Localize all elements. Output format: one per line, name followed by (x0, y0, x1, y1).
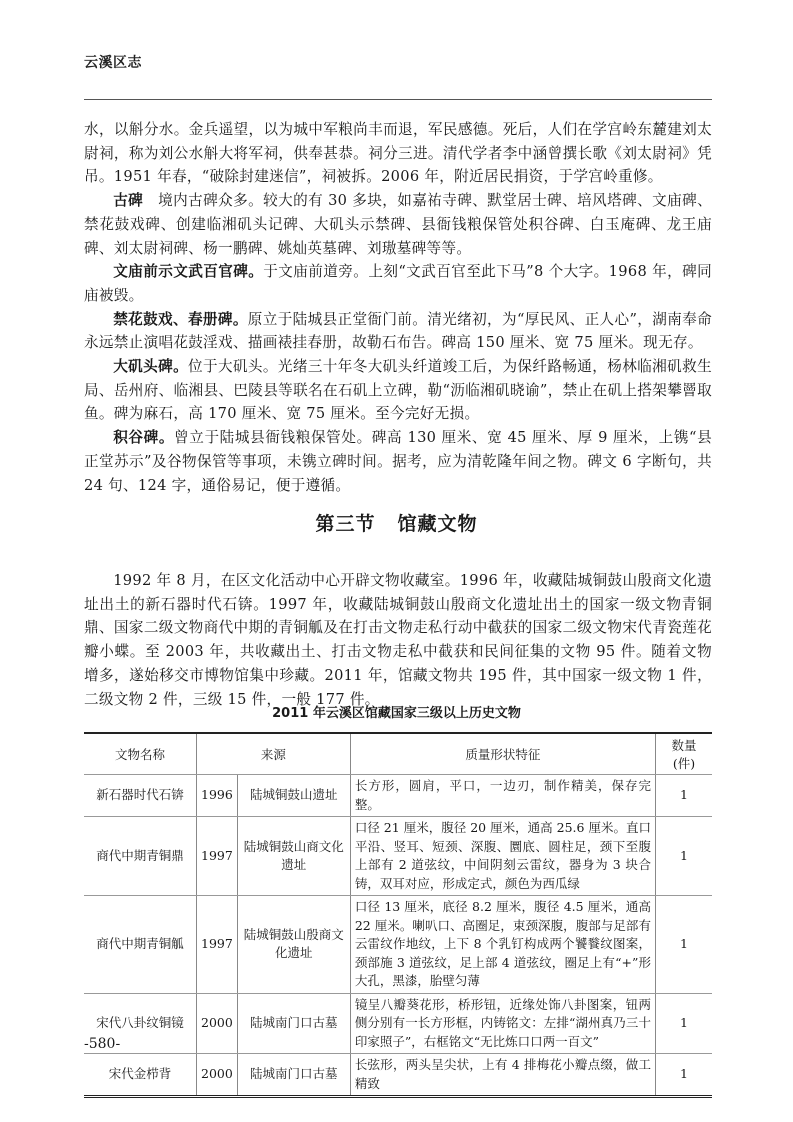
cell-year: 2000 (197, 993, 238, 1054)
cell-site: 陆城南门口古墓 (237, 1054, 350, 1097)
paragraph-text: 曾立于陆城县衙钱粮保管处。碑高 130 厘米、宽 45 厘米、厚 9 厘米，上镌… (84, 429, 712, 493)
cell-features: 长弦形，两头呈尖状，上有 4 排梅花小瓣点缀，做工精致 (350, 1054, 655, 1097)
table-row: 商代中期青铜鼎 1997 陆城铜鼓山商文化遗址 口径 21 厘米，腹径 20 厘… (84, 817, 712, 896)
cell-site: 陆城铜鼓山商文化遗址 (237, 817, 350, 896)
header-features: 质量形状特征 (350, 733, 655, 775)
table-row: 新石器时代石锛 1996 陆城铜鼓山遗址 长方形，圆肩，平口，一边刃，制作精美，… (84, 775, 712, 817)
cell-features: 长方形，圆肩，平口，一边刃，制作精美，保存完整。 (350, 775, 655, 817)
paragraph: 文庙前示文武百官碑。于文庙前道旁。上刻“文武百官至此下马”8 个大字。1968 … (84, 260, 712, 307)
table-header-row: 文物名称 来源 质量形状特征 数量 (件) (84, 733, 712, 775)
cell-name: 宋代金栉背 (84, 1054, 197, 1097)
header-source: 来源 (197, 733, 351, 775)
section-number: 第三节 (315, 513, 375, 535)
cell-quantity: 1 (656, 993, 713, 1054)
paragraph: 大矶头碑。位于大矶头。光绪三十年冬大矶头纤道竣工后，为保纤路畅通，杨林临湘矶救生… (84, 355, 712, 426)
cell-site: 陆城铜鼓山遗址 (237, 775, 350, 817)
table-row: 宋代金栉背 2000 陆城南门口古墓 长弦形，两头呈尖状，上有 4 排梅花小瓣点… (84, 1054, 712, 1097)
cell-features: 镜呈八瓣葵花形，桥形钮，近缘处饰八卦图案，钮两侧分别有一长方形框，内铸铭文：左排… (350, 993, 655, 1054)
cell-quantity: 1 (656, 775, 713, 817)
section-paragraph: 1992 年 8 月，在区文化活动中心开辟文物收藏室。1996 年，收藏陆城铜鼓… (84, 569, 712, 711)
page-number: -580- (84, 1036, 120, 1052)
table-row: 商代中期青铜觚 1997 陆城铜鼓山殷商文化遗址 口径 13 厘米，底径 8.2… (84, 896, 712, 994)
paragraph-text: 水，以斛分水。金兵遥望，以为城中军粮尚丰而退，军民感德。死后，人们在学宫岭东麓建… (84, 121, 712, 185)
cell-quantity: 1 (656, 896, 713, 994)
paragraph-lead: 禁花鼓戏、春册碑。 (113, 311, 248, 328)
paragraph: 积谷碑。曾立于陆城县衙钱粮保管处。碑高 130 厘米、宽 45 厘米、厚 9 厘… (84, 426, 712, 497)
cell-year: 1997 (197, 896, 238, 994)
section-title: 馆藏文物 (398, 513, 478, 535)
section-heading: 第三节馆藏文物 (0, 509, 793, 536)
cell-site: 陆城南门口古墓 (237, 993, 350, 1054)
paragraph: 水，以斛分水。金兵遥望，以为城中军粮尚丰而退，军民感德。死后，人们在学宫岭东麓建… (84, 118, 712, 189)
body-text-section: 1992 年 8 月，在区文化活动中心开辟文物收藏室。1996 年，收藏陆城铜鼓… (84, 569, 712, 711)
header-quantity: 数量 (件) (656, 733, 713, 775)
paragraph-text: 境内古碑众多。较大的有 30 多块，如嘉祐寺碑、默堂居士碑、培风塔碑、文庙碑、禁… (84, 192, 712, 256)
paragraph-lead: 古碑 (113, 192, 143, 209)
paragraph-lead: 积谷碑。 (113, 429, 174, 446)
cell-year: 1996 (197, 775, 238, 817)
paragraph: 古碑 境内古碑众多。较大的有 30 多块，如嘉祐寺碑、默堂居士碑、培风塔碑、文庙… (84, 189, 712, 260)
header-rule (84, 99, 712, 100)
running-title: 云溪区志 (84, 52, 142, 72)
cell-year: 1997 (197, 817, 238, 896)
cell-name: 商代中期青铜觚 (84, 896, 197, 994)
cell-name: 新石器时代石锛 (84, 775, 197, 817)
paragraph-lead: 文庙前示文武百官碑。 (113, 263, 263, 280)
cell-site: 陆城铜鼓山殷商文化遗址 (237, 896, 350, 994)
paragraph: 禁花鼓戏、春册碑。原立于陆城县正堂衙门前。清光绪初，为“厚民风、正人心”，湖南奉… (84, 308, 712, 355)
body-text-top: 水，以斛分水。金兵遥望，以为城中军粮尚丰而退，军民感德。死后，人们在学宫岭东麓建… (84, 118, 712, 497)
table-caption: 2011 年云溪区馆藏国家三级以上历史文物 (0, 702, 793, 721)
paragraph-lead: 大矶头碑。 (113, 358, 188, 375)
relics-table: 文物名称 来源 质量形状特征 数量 (件) 新石器时代石锛 1996 陆城铜鼓山… (84, 732, 712, 1098)
cell-features: 口径 21 厘米，腹径 20 厘米，通高 25.6 厘米。直口平沿、竖耳、短颈、… (350, 817, 655, 896)
table-row: 宋代八卦纹铜镜 2000 陆城南门口古墓 镜呈八瓣葵花形，桥形钮，近缘处饰八卦图… (84, 993, 712, 1054)
cell-year: 2000 (197, 1054, 238, 1097)
header-name: 文物名称 (84, 733, 197, 775)
cell-name: 商代中期青铜鼎 (84, 817, 197, 896)
cell-quantity: 1 (656, 1054, 713, 1097)
cell-features: 口径 13 厘米，底径 8.2 厘米，腹径 4.5 厘米，通高 22 厘米。喇叭… (350, 896, 655, 994)
cell-quantity: 1 (656, 817, 713, 896)
